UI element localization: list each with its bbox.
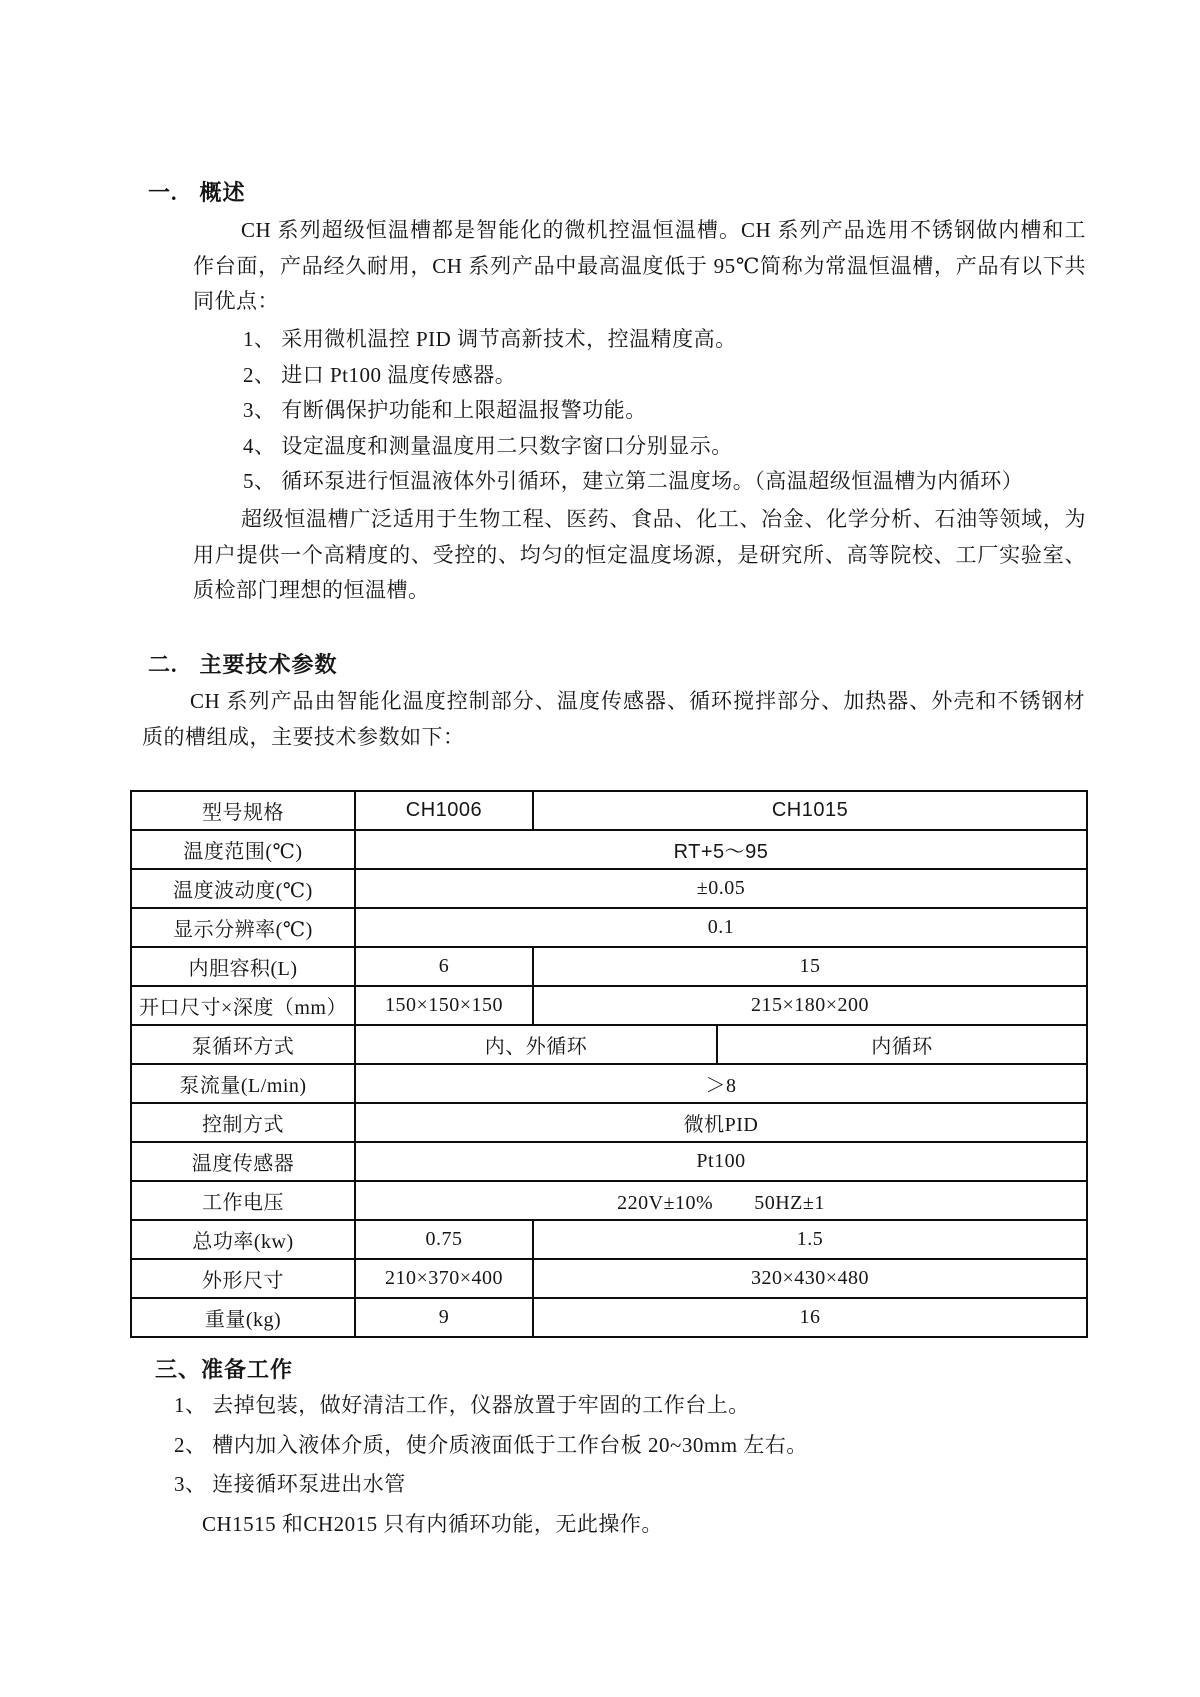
- opening-size-ch1015: 215×180×200: [533, 986, 1087, 1025]
- row-label: 总功率(kw): [131, 1220, 355, 1259]
- dimensions-ch1015: 320×430×480: [533, 1259, 1087, 1298]
- section-3-title: 准备工作: [201, 1357, 293, 1382]
- temp-range-value: RT+5～95: [355, 830, 1087, 869]
- table-row-pump-flow: 泵流量(L/min) ＞8: [131, 1064, 1087, 1103]
- row-label: 内胆容积(L): [131, 947, 355, 986]
- opening-size-ch1006: 150×150×150: [355, 986, 533, 1025]
- feature-item-3: 3、 有断偶保护功能和上限超温报警功能。: [243, 393, 1023, 429]
- row-label: 型号规格: [131, 791, 355, 830]
- row-label: 温度传感器: [131, 1142, 355, 1181]
- working-voltage-value: 220V±10% 50HZ±1: [355, 1181, 1087, 1220]
- prep-step-2: 2、 槽内加入液体介质，使介质液面低于工作台板 20~30mm 左右。: [174, 1426, 808, 1466]
- prep-step-3-note: CH1515 和CH2015 只有内循环功能，无此操作。: [202, 1505, 808, 1545]
- feature-list: 1、 采用微机温控 PID 调节高新技术，控温精度高。 2、 进口 Pt100 …: [243, 322, 1023, 500]
- section-2-title: 主要技术参数: [200, 652, 338, 677]
- temp-sensor-value: Pt100: [355, 1142, 1087, 1181]
- row-label: 泵流量(L/min): [131, 1064, 355, 1103]
- table-row-dimensions: 外形尺寸 210×370×400 320×430×480: [131, 1259, 1087, 1298]
- model-ch1006-cell: CH1006: [355, 791, 533, 830]
- section-1-heading: 一.概述: [148, 180, 246, 206]
- prep-step-1: 1、 去掉包装，做好清洁工作，仪器放置于牢固的工作台上。: [174, 1386, 808, 1426]
- table-row-pump-circulation: 泵循环方式 内、外循环 内循环: [131, 1025, 1087, 1064]
- manual-page: 一.概述 CH 系列超级恒温槽都是智能化的微机控温恒温槽。CH 系列产品选用不锈…: [0, 0, 1200, 1697]
- table-row-tank-volume: 内胆容积(L) 6 15: [131, 947, 1087, 986]
- row-label: 开口尺寸×深度（mm）: [131, 986, 355, 1025]
- feature-item-4: 4、 设定温度和测量温度用二只数字窗口分别显示。: [243, 429, 1023, 465]
- row-label: 温度范围(℃): [131, 830, 355, 869]
- table-row-temp-fluctuation: 温度波动度(℃) ±0.05: [131, 869, 1087, 908]
- feature-item-1: 1、 采用微机温控 PID 调节高新技术，控温精度高。: [243, 322, 1023, 358]
- section-1-number: 一.: [148, 180, 178, 206]
- table-row-working-voltage: 工作电压 220V±10% 50HZ±1: [131, 1181, 1087, 1220]
- table-row-display-resolution: 显示分辨率(℃) 0.1: [131, 908, 1087, 947]
- control-mode-value: 微机PID: [355, 1103, 1087, 1142]
- section-2-number: 二.: [148, 652, 178, 678]
- pump-circulation-ch1015: 内循环: [717, 1025, 1087, 1064]
- prep-step-3: 3、 连接循环泵进出水管: [174, 1465, 808, 1505]
- row-label: 外形尺寸: [131, 1259, 355, 1298]
- table-row-total-power: 总功率(kw) 0.75 1.5: [131, 1220, 1087, 1259]
- preparation-list: 1、 去掉包装，做好清洁工作，仪器放置于牢固的工作台上。 2、 槽内加入液体介质…: [174, 1386, 808, 1544]
- weight-ch1006: 9: [355, 1298, 533, 1337]
- display-resolution-value: 0.1: [355, 908, 1087, 947]
- overview-paragraph-1: CH 系列超级恒温槽都是智能化的微机控温恒温槽。CH 系列产品选用不锈钢做内槽和…: [193, 213, 1086, 320]
- temp-fluctuation-value: ±0.05: [355, 869, 1087, 908]
- table-row-control-mode: 控制方式 微机PID: [131, 1103, 1087, 1142]
- row-label: 控制方式: [131, 1103, 355, 1142]
- total-power-ch1006: 0.75: [355, 1220, 533, 1259]
- dimensions-ch1006: 210×370×400: [355, 1259, 533, 1298]
- table-row-model: 型号规格 CH1006 CH1015: [131, 791, 1087, 830]
- pump-circulation-ch1006: 内、外循环: [355, 1025, 717, 1064]
- specs-table: 型号规格 CH1006 CH1015 温度范围(℃) RT+5～95 温度波动度…: [130, 790, 1088, 1338]
- total-power-ch1015: 1.5: [533, 1220, 1087, 1259]
- table-row-weight: 重量(kg) 9 16: [131, 1298, 1087, 1337]
- weight-ch1015: 16: [533, 1298, 1087, 1337]
- tank-volume-ch1015: 15: [533, 947, 1087, 986]
- feature-item-5: 5、 循环泵进行恒温液体外引循环，建立第二温度场。（高温超级恒温槽为内循环）: [243, 464, 1023, 500]
- section-3-heading: 三、准备工作: [155, 1357, 293, 1383]
- model-ch1015-cell: CH1015: [533, 791, 1087, 830]
- section-1-title: 概述: [200, 180, 246, 205]
- row-label: 泵循环方式: [131, 1025, 355, 1064]
- table-row-temp-sensor: 温度传感器 Pt100: [131, 1142, 1087, 1181]
- section-2-heading: 二.主要技术参数: [148, 652, 338, 678]
- specs-intro-paragraph: CH 系列产品由智能化温度控制部分、温度传感器、循环搅拌部分、加热器、外壳和不锈…: [142, 684, 1085, 755]
- overview-paragraph-2: 超级恒温槽广泛适用于生物工程、医药、食品、化工、冶金、化学分析、石油等领域，为用…: [193, 502, 1086, 609]
- row-label: 重量(kg): [131, 1298, 355, 1337]
- table-row-temp-range: 温度范围(℃) RT+5～95: [131, 830, 1087, 869]
- row-label: 工作电压: [131, 1181, 355, 1220]
- tank-volume-ch1006: 6: [355, 947, 533, 986]
- pump-flow-value: ＞8: [355, 1064, 1087, 1103]
- row-label: 显示分辨率(℃): [131, 908, 355, 947]
- row-label: 温度波动度(℃): [131, 869, 355, 908]
- feature-item-2: 2、 进口 Pt100 温度传感器。: [243, 358, 1023, 394]
- table-row-opening-size: 开口尺寸×深度（mm） 150×150×150 215×180×200: [131, 986, 1087, 1025]
- section-3-number: 三、: [155, 1357, 201, 1383]
